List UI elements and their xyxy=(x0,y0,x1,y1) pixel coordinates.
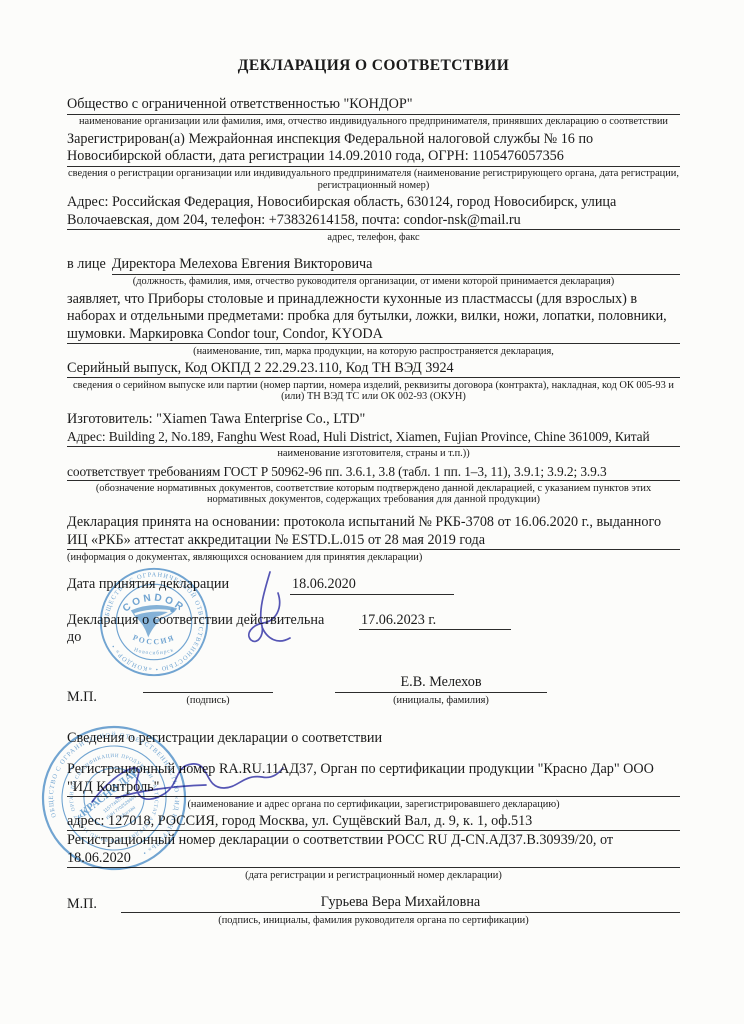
declarant-caption: наименование организации или фамилия, им… xyxy=(67,116,680,128)
product-caption: (наименование, тип, марка продукции, на … xyxy=(67,346,680,358)
adoption-date-value: 18.06.2020 xyxy=(290,576,454,595)
initials-caption: (инициалы, фамилия) xyxy=(393,695,489,707)
declarant-head-name: Е.В. Мелехов xyxy=(335,674,547,693)
person-name: Директора Мелехова Евгения Викторовича xyxy=(112,256,680,275)
signature-line xyxy=(143,675,273,693)
cert-head-name: Гурьева Вера Михайловна xyxy=(121,894,680,913)
standards-caption: (обозначение нормативных документов, соо… xyxy=(67,483,680,506)
address-caption: адрес, телефон, факс xyxy=(67,232,680,244)
stamp-city-text: Новосибирск xyxy=(133,647,175,656)
manufacturer-caption: наименование изготовителя, страны и т.п.… xyxy=(67,448,680,460)
adoption-date-row: Дата принятия декларации 18.06.2020 xyxy=(67,576,680,595)
org-reg-number-line: Регистрационный номер RA.RU.11АД37, Орга… xyxy=(67,761,680,797)
registration-line: Зарегистрирован(а) Межрайонная инспекция… xyxy=(67,131,680,167)
signature-row-declarant: М.П. (подпись) Е.В. Мелехов (инициалы, ф… xyxy=(67,674,680,707)
standards-line: соответствует требованиям ГОСТ Р 50962-9… xyxy=(67,463,680,482)
mp-label-2: М.П. xyxy=(67,896,109,913)
manufacturer-name-line: Изготовитель: "Xiamen Tawa Enterprise Co… xyxy=(67,411,680,429)
serial-line: Серийный выпуск, Код ОКПД 2 22.29.23.110… xyxy=(67,360,680,379)
cert-signature-caption: (подпись, инициалы, фамилия руководителя… xyxy=(67,915,680,927)
product-line: заявляет, что Приборы столовые и принадл… xyxy=(67,291,680,345)
person-prefix: в лице xyxy=(67,256,106,274)
signature-field: (подпись) xyxy=(143,675,273,707)
valid-until-label: Декларация о соответствии действительна … xyxy=(67,612,325,647)
initials-field: Е.В. Мелехов (инициалы, фамилия) xyxy=(335,674,547,707)
org-reg-number-caption: (наименование и адрес органа по сертифик… xyxy=(67,799,680,811)
declaration-document: ДЕКЛАРАЦИЯ О СООТВЕТСТВИИ Общество с огр… xyxy=(0,0,744,1024)
org-address-line: адрес: 127018, РОССИЯ, город Москва, ул.… xyxy=(67,813,680,832)
signature-row-cert-body: М.П. Гурьева Вера Михайловна xyxy=(67,894,680,913)
valid-until-row: Декларация о соответствии действительна … xyxy=(67,612,680,647)
basis-line: Декларация принята на основании: протоко… xyxy=(67,514,680,550)
declarant-line: Общество с ограниченной ответственностью… xyxy=(67,96,680,115)
registration-caption: сведения о регистрации организации или и… xyxy=(67,168,680,191)
basis-caption: (информация о документах, являющихся осн… xyxy=(67,552,680,564)
adoption-date-label: Дата принятия декларации xyxy=(67,576,243,594)
person-row: в лице Директора Мелехова Евгения Виктор… xyxy=(67,256,680,275)
declaration-number-line: Регистрационный номер декларации о соотв… xyxy=(67,832,680,868)
serial-caption: сведения о серийном выпуске или партии (… xyxy=(67,380,680,403)
manufacturer-address-line: Адрес: Building 2, No.189, Fanghu West R… xyxy=(67,428,680,447)
signature-caption: (подпись) xyxy=(186,695,229,707)
registration-section-heading: Сведения о регистрации декларации о соот… xyxy=(67,730,680,747)
person-caption: (должность, фамилия, имя, отчество руков… xyxy=(67,276,680,288)
address-line: Адрес: Российская Федерация, Новосибирск… xyxy=(67,194,680,230)
valid-until-value: 17.06.2023 г. xyxy=(359,612,511,631)
page-title: ДЕКЛАРАЦИЯ О СООТВЕТСТВИИ xyxy=(67,57,680,75)
mp-label: М.П. xyxy=(67,689,109,706)
declaration-number-caption: (дата регистрации и регистрационный номе… xyxy=(67,870,680,882)
